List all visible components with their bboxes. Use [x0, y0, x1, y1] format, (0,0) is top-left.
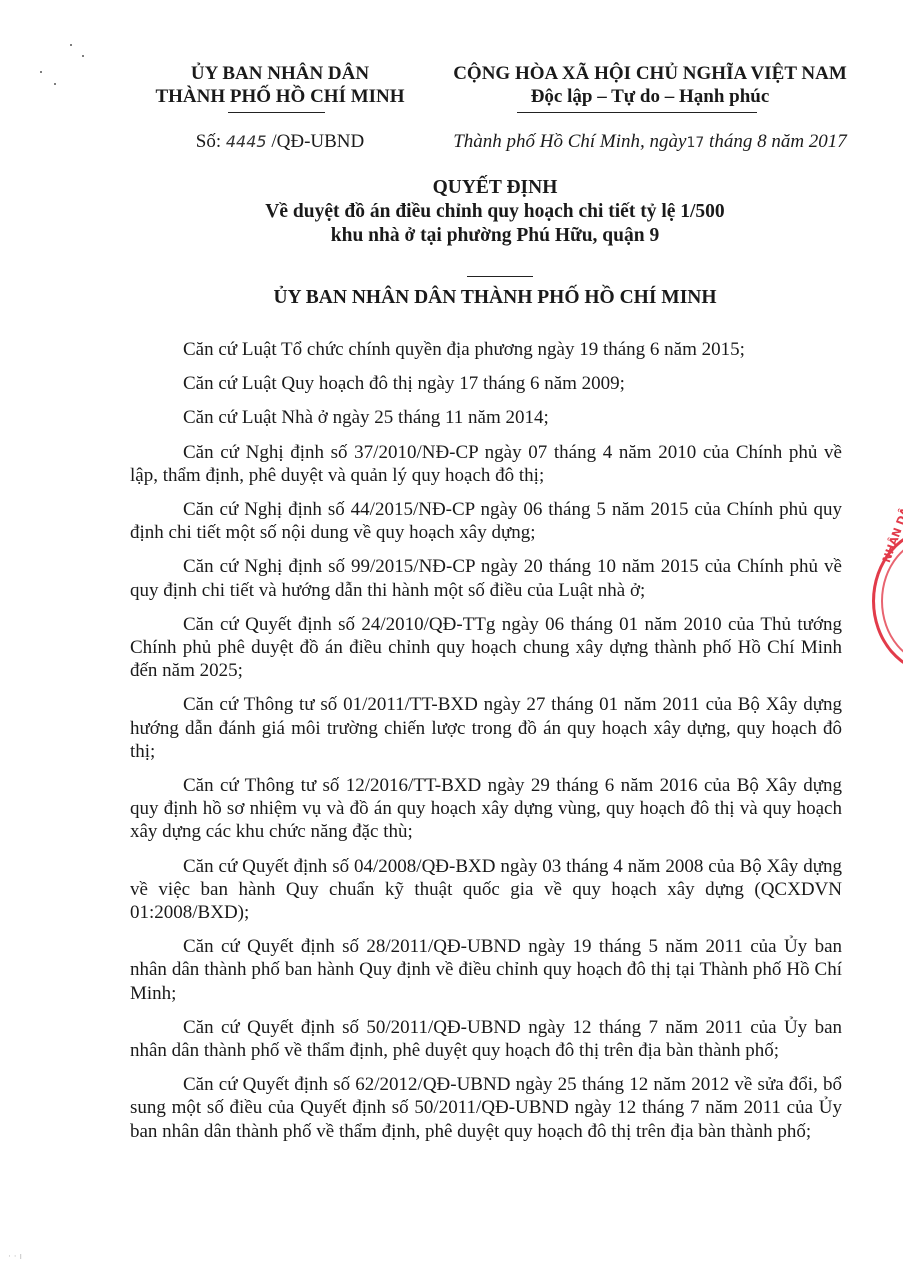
- document-date: Thành phố Hồ Chí Minh, ngày17 tháng 8 nă…: [430, 131, 870, 153]
- scan-speck: [54, 83, 56, 85]
- legal-basis-paragraph: Căn cứ Nghị định số 37/2010/NĐ-CP ngày 0…: [130, 441, 842, 487]
- scan-speck: [82, 55, 84, 57]
- agency-line-2: THÀNH PHỐ HỒ CHÍ MINH: [130, 85, 430, 108]
- legal-basis-paragraph: Căn cứ Luật Nhà ở ngày 25 tháng 11 năm 2…: [130, 406, 842, 429]
- date-day-handwritten: 17: [686, 135, 704, 151]
- agency-underline: [228, 112, 325, 113]
- motto-underline: [517, 112, 757, 113]
- scan-artifact: · · ı: [8, 1252, 22, 1262]
- date-prefix: Thành phố Hồ Chí Minh, ngày: [453, 131, 686, 152]
- decision-subject-line-1: Về duyệt đồ án điều chỉnh quy hoạch chi …: [130, 200, 860, 224]
- legal-basis-paragraph: Căn cứ Luật Tổ chức chính quyền địa phươ…: [130, 338, 842, 361]
- agency-line-1: ỦY BAN NHÂN DÂN: [130, 62, 430, 85]
- issuing-agency: ỦY BAN NHÂN DÂN THÀNH PHỐ HỒ CHÍ MINH: [130, 62, 430, 108]
- doc-number-handwritten: 4445: [226, 132, 267, 151]
- doc-number-prefix: Số:: [196, 131, 221, 152]
- issuing-authority: ỦY BAN NHÂN DÂN THÀNH PHỐ HỒ CHÍ MINH: [130, 287, 860, 309]
- legal-basis-paragraph: Căn cứ Nghị định số 44/2015/NĐ-CP ngày 0…: [130, 498, 842, 544]
- legal-basis-paragraph: Căn cứ Thông tư số 12/2016/TT-BXD ngày 2…: [130, 774, 842, 844]
- decision-title: QUYẾT ĐỊNH Về duyệt đồ án điều chỉnh quy…: [130, 176, 860, 248]
- scan-speck: [70, 44, 72, 46]
- legal-basis-paragraph: Căn cứ Quyết định số 62/2012/QĐ-UBND ngà…: [130, 1073, 842, 1143]
- national-title: CỘNG HÒA XÃ HỘI CHỦ NGHĨA VIỆT NAM Độc l…: [430, 62, 870, 108]
- legal-basis-list: Căn cứ Luật Tổ chức chính quyền địa phươ…: [130, 338, 842, 1154]
- legal-basis-paragraph: Căn cứ Nghị định số 99/2015/NĐ-CP ngày 2…: [130, 555, 842, 601]
- nation-name: CỘNG HÒA XÃ HỘI CHỦ NGHĨA VIỆT NAM: [430, 62, 870, 85]
- legal-basis-paragraph: Căn cứ Luật Quy hoạch đô thị ngày 17 thá…: [130, 372, 842, 395]
- title-divider: [467, 276, 533, 277]
- legal-basis-paragraph: Căn cứ Quyết định số 24/2010/QĐ-TTg ngày…: [130, 613, 842, 683]
- legal-basis-paragraph: Căn cứ Quyết định số 50/2011/QĐ-UBND ngà…: [130, 1016, 842, 1062]
- doc-number-suffix: /QĐ-UBND: [271, 131, 364, 152]
- national-motto: Độc lập – Tự do – Hạnh phúc: [531, 85, 770, 108]
- document-number: Số: 4445 /QĐ-UBND: [130, 131, 430, 153]
- legal-basis-paragraph: Căn cứ Quyết định số 28/2011/QĐ-UBND ngà…: [130, 935, 842, 1005]
- scan-speck: [40, 71, 42, 73]
- legal-basis-paragraph: Căn cứ Quyết định số 04/2008/QĐ-BXD ngày…: [130, 855, 842, 925]
- decision-type: QUYẾT ĐỊNH: [130, 176, 860, 200]
- decision-subject-line-2: khu nhà ở tại phường Phú Hữu, quận 9: [130, 224, 860, 248]
- legal-basis-paragraph: Căn cứ Thông tư số 01/2011/TT-BXD ngày 2…: [130, 693, 842, 763]
- date-suffix: tháng 8 năm 2017: [709, 131, 847, 152]
